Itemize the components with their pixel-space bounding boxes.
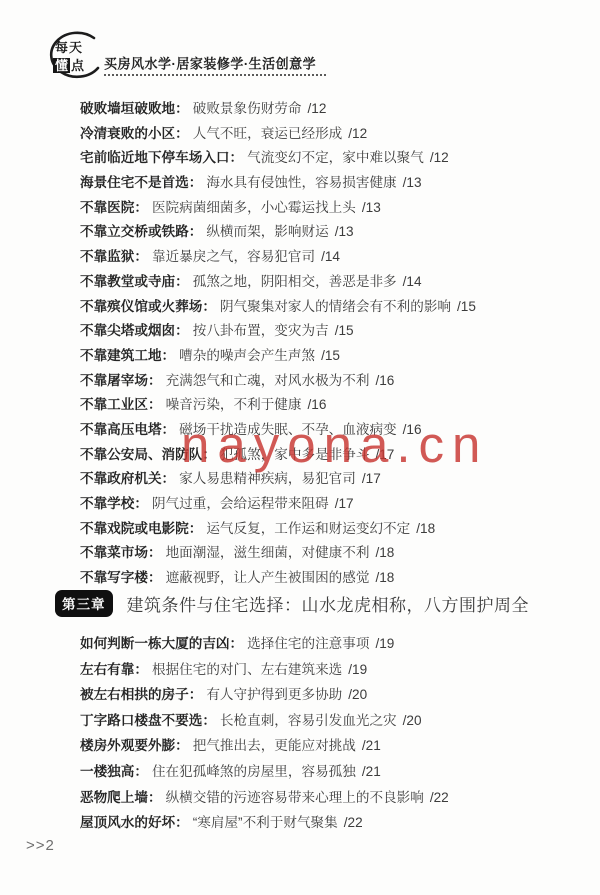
- toc-entry-title: 不靠监狱：: [80, 249, 148, 264]
- toc-entry: 冷清衰败的小区：人气不旺，衰运已经形成/12: [80, 122, 476, 147]
- toc-entry: 如何判断一栋大厦的吉凶：选择住宅的注意事项/19: [80, 631, 449, 657]
- toc-entry-desc: 根据住宅的对门、左右建筑来选: [152, 662, 342, 677]
- toc-entry: 左右有靠：根据住宅的对门、左右建筑来选/19: [80, 657, 449, 683]
- toc-entry: 不靠政府机关：家人易患精神疾病，易犯官司/17: [80, 467, 476, 492]
- toc-entry-title: 屋顶风水的好坏：: [80, 815, 189, 830]
- toc-entry-title: 不靠建筑工地：: [80, 348, 175, 363]
- toc-entry-desc: 地面潮湿，滋生细菌，对健康不利: [166, 545, 370, 560]
- toc-entry-desc: 破败景象伤财劳命: [193, 101, 302, 116]
- brand-tagline: 买房风水学·居家装修学·生活创意学: [104, 53, 334, 73]
- toc-entry-page: /18: [375, 545, 394, 560]
- toc-entry-title: 丁字路口楼盘不要选：: [80, 713, 216, 728]
- toc-entry-page: /12: [348, 126, 367, 141]
- toc-entry-title: 海景住宅不是首选：: [80, 175, 202, 190]
- toc-entry-title: 左右有靠：: [80, 662, 148, 677]
- toc-entry: 不靠戏院或电影院：运气反复，工作运和财运变幻不定/18: [80, 517, 476, 542]
- toc-entry-page: /19: [375, 636, 394, 651]
- toc-entry-title: 不靠公安局、消防队：: [80, 447, 216, 462]
- toc-entry-page: /20: [403, 713, 422, 728]
- toc-entry-desc: 长枪直刺，容易引发血光之灾: [220, 713, 397, 728]
- toc-entry-title: 如何判断一栋大厦的吉凶：: [80, 636, 243, 651]
- toc-entry-title: 一楼独高：: [80, 764, 148, 779]
- toc-entry-desc: 遮蔽视野，让人产生被围困的感觉: [166, 570, 370, 585]
- toc-entry-desc: 人气不旺，衰运已经形成: [193, 126, 343, 141]
- toc-entry: 宅前临近地下停车场入口：气流变幻不定，家中难以聚气/12: [80, 146, 476, 171]
- toc-list-2: 如何判断一栋大厦的吉凶：选择住宅的注意事项/19 左右有靠：根据住宅的对门、左右…: [80, 631, 449, 836]
- toc-entry-page: /13: [403, 175, 422, 190]
- toc-entry-page: /17: [375, 447, 394, 462]
- toc-entry: 不靠高压电塔：磁场干扰造成失眠、不孕、血液病变/16: [80, 418, 476, 443]
- toc-entry-desc: 纵横交错的污迹容易带来心理上的不良影响: [166, 790, 424, 805]
- toc-entry-title: 不靠政府机关：: [80, 471, 175, 486]
- chapter-heading: 第三章 建筑条件与住宅选择：山水龙虎相称，八方围护周全: [55, 590, 529, 617]
- page-header: 每天 懂点 买房风水学·居家装修学·生活创意学: [46, 34, 104, 88]
- toc-entry: 不靠医院：医院病菌细菌多，小心霉运找上头/13: [80, 196, 476, 221]
- toc-entry-page: /15: [335, 323, 354, 338]
- toc-entry-title: 楼房外观要外膨：: [80, 738, 189, 753]
- toc-entry-page: /18: [375, 570, 394, 585]
- toc-entry-page: /16: [375, 373, 394, 388]
- logo-boxed-char: 懂: [53, 58, 70, 73]
- toc-entry-desc: 气流变幻不定，家中难以聚气: [247, 150, 424, 165]
- toc-entry: 不靠写字楼：遮蔽视野，让人产生被围困的感觉/18: [80, 566, 476, 591]
- toc-entry: 不靠屠宰场：充满怨气和亡魂，对风水极为不利/16: [80, 369, 476, 394]
- toc-entry-title: 不靠写字楼：: [80, 570, 162, 585]
- toc-entry-title: 被左右相拱的房子：: [80, 687, 202, 702]
- toc-entry-title: 不靠戏院或电影院：: [80, 521, 202, 536]
- toc-entry-desc: 纵横而架，影响财运: [206, 224, 328, 239]
- toc-entry-title: 恶物爬上墙：: [80, 790, 162, 805]
- toc-entry-page: /12: [430, 150, 449, 165]
- brand-logo: 每天 懂点: [46, 34, 104, 84]
- toc-entry-desc: 按八卦布置，变灾为吉: [193, 323, 329, 338]
- toc-entry: 屋顶风水的好坏：“寒肩屋”不利于财气聚集/22: [80, 810, 449, 836]
- toc-entry-desc: 家人易患精神疾病，易犯官司: [179, 471, 356, 486]
- toc-entry: 海景住宅不是首选：海水具有侵蚀性，容易损害健康/13: [80, 171, 476, 196]
- toc-entry-page: /21: [362, 738, 381, 753]
- toc-entry-desc: “寒肩屋”不利于财气聚集: [193, 815, 338, 830]
- toc-entry-title: 宅前临近地下停车场入口：: [80, 150, 243, 165]
- toc-entry-title: 不靠尖塔或烟囱：: [80, 323, 189, 338]
- toc-entry-desc: 把气推出去，更能应对挑战: [193, 738, 356, 753]
- toc-entry-title: 不靠工业区：: [80, 397, 162, 412]
- toc-entry-title: 不靠立交桥或铁路：: [80, 224, 202, 239]
- toc-list-1: 破败墙垣破败地：破败景象伤财劳命/12 冷清衰败的小区：人气不旺，衰运已经形成/…: [80, 97, 476, 591]
- toc-entry: 不靠学校：阴气过重，会给运程带来阻碍/17: [80, 492, 476, 517]
- toc-entry-desc: 嘈杂的噪声会产生声煞: [179, 348, 315, 363]
- toc-entry-title: 不靠菜市场：: [80, 545, 162, 560]
- toc-entry: 不靠教堂或寺庙：孤煞之地，阴阳相交，善恶是非多/14: [80, 270, 476, 295]
- toc-entry-page: /16: [308, 397, 327, 412]
- toc-entry: 丁字路口楼盘不要选：长枪直刺，容易引发血光之灾/20: [80, 708, 449, 734]
- toc-entry: 不靠尖塔或烟囱：按八卦布置，变灾为吉/15: [80, 319, 476, 344]
- logo-char2: 点: [71, 58, 84, 73]
- toc-entry-title: 不靠教堂或寺庙：: [80, 274, 189, 289]
- toc-entry: 不靠工业区：噪音污染，不利于健康/16: [80, 393, 476, 418]
- toc-entry-desc: 运气反复，工作运和财运变幻不定: [206, 521, 410, 536]
- toc-entry-page: /22: [344, 815, 363, 830]
- toc-entry-desc: 孤煞之地，阴阳相交，善恶是非多: [193, 274, 397, 289]
- toc-entry-page: /17: [362, 471, 381, 486]
- toc-entry: 不靠监狱：靠近暴戾之气，容易犯官司/14: [80, 245, 476, 270]
- toc-entry: 被左右相拱的房子：有人守护得到更多协助/20: [80, 682, 449, 708]
- toc-entry-desc: 阴气过重，会给运程带来阻碍: [152, 496, 329, 511]
- toc-entry-desc: 医院病菌细菌多，小心霉运找上头: [152, 200, 356, 215]
- toc-entry: 不靠菜市场：地面潮湿，滋生细菌，对健康不利/18: [80, 541, 476, 566]
- logo-text-line1: 每天: [55, 37, 83, 56]
- toc-entry-desc: 海水具有侵蚀性，容易损害健康: [206, 175, 396, 190]
- toc-entry-title: 破败墙垣破败地：: [80, 101, 189, 116]
- toc-entry: 一楼独高：住在犯孤峰煞的房屋里，容易孤独/21: [80, 759, 449, 785]
- toc-entry-title: 不靠高压电塔：: [80, 422, 175, 437]
- toc-entry-page: /15: [321, 348, 340, 363]
- toc-entry-page: /16: [403, 422, 422, 437]
- toc-entry-desc: 住在犯孤峰煞的房屋里，容易孤独: [152, 764, 356, 779]
- toc-entry-desc: 犯孤煞，家中多是非争斗: [220, 447, 370, 462]
- chapter-badge: 第三章: [55, 590, 113, 617]
- chapter-title: 建筑条件与住宅选择：山水龙虎相称，八方围护周全: [127, 591, 530, 616]
- toc-entry-title: 冷清衰败的小区：: [80, 126, 189, 141]
- toc-entry-desc: 选择住宅的注意事项: [247, 636, 369, 651]
- toc-entry-page: /13: [362, 200, 381, 215]
- toc-entry: 不靠殡仪馆或火葬场：阴气聚集对家人的情绪会有不利的影响/15: [80, 295, 476, 320]
- toc-entry-desc: 有人守护得到更多协助: [206, 687, 342, 702]
- toc-entry-page: /18: [416, 521, 435, 536]
- toc-entry-desc: 靠近暴戾之气，容易犯官司: [152, 249, 315, 264]
- toc-entry-desc: 噪音污染，不利于健康: [166, 397, 302, 412]
- toc-entry-desc: 磁场干扰造成失眠、不孕、血液病变: [179, 422, 397, 437]
- toc-entry-title: 不靠学校：: [80, 496, 148, 511]
- toc-entry: 楼房外观要外膨：把气推出去，更能应对挑战/21: [80, 733, 449, 759]
- page-indicator: >>2: [26, 837, 55, 854]
- toc-entry-page: /12: [308, 101, 327, 116]
- toc-entry-page: /13: [335, 224, 354, 239]
- toc-entry: 不靠公安局、消防队：犯孤煞，家中多是非争斗/17: [80, 443, 476, 468]
- toc-entry-page: /21: [362, 764, 381, 779]
- toc-entry: 破败墙垣破败地：破败景象伤财劳命/12: [80, 97, 476, 122]
- logo-text-line2: 懂点: [53, 55, 84, 74]
- toc-entry-page: /14: [403, 274, 422, 289]
- toc-entry-title: 不靠医院：: [80, 200, 148, 215]
- toc-entry-title: 不靠屠宰场：: [80, 373, 162, 388]
- toc-entry-page: /19: [348, 662, 367, 677]
- toc-entry: 不靠立交桥或铁路：纵横而架，影响财运/13: [80, 220, 476, 245]
- scanned-book-page: 每天 懂点 买房风水学·居家装修学·生活创意学 破败墙垣破败地：破败景象伤财劳命…: [0, 0, 600, 895]
- toc-entry-page: /14: [321, 249, 340, 264]
- toc-entry-desc: 阴气聚集对家人的情绪会有不利的影响: [220, 299, 451, 314]
- toc-entry-desc: 充满怨气和亡魂，对风水极为不利: [166, 373, 370, 388]
- toc-entry: 不靠建筑工地：嘈杂的噪声会产生声煞/15: [80, 344, 476, 369]
- toc-entry-page: /15: [457, 299, 476, 314]
- toc-entry-page: /20: [348, 687, 367, 702]
- dotted-divider: [104, 74, 326, 76]
- toc-entry-title: 不靠殡仪馆或火葬场：: [80, 299, 216, 314]
- toc-entry-page: /17: [335, 496, 354, 511]
- toc-entry-page: /22: [430, 790, 449, 805]
- toc-entry: 恶物爬上墙：纵横交错的污迹容易带来心理上的不良影响/22: [80, 785, 449, 811]
